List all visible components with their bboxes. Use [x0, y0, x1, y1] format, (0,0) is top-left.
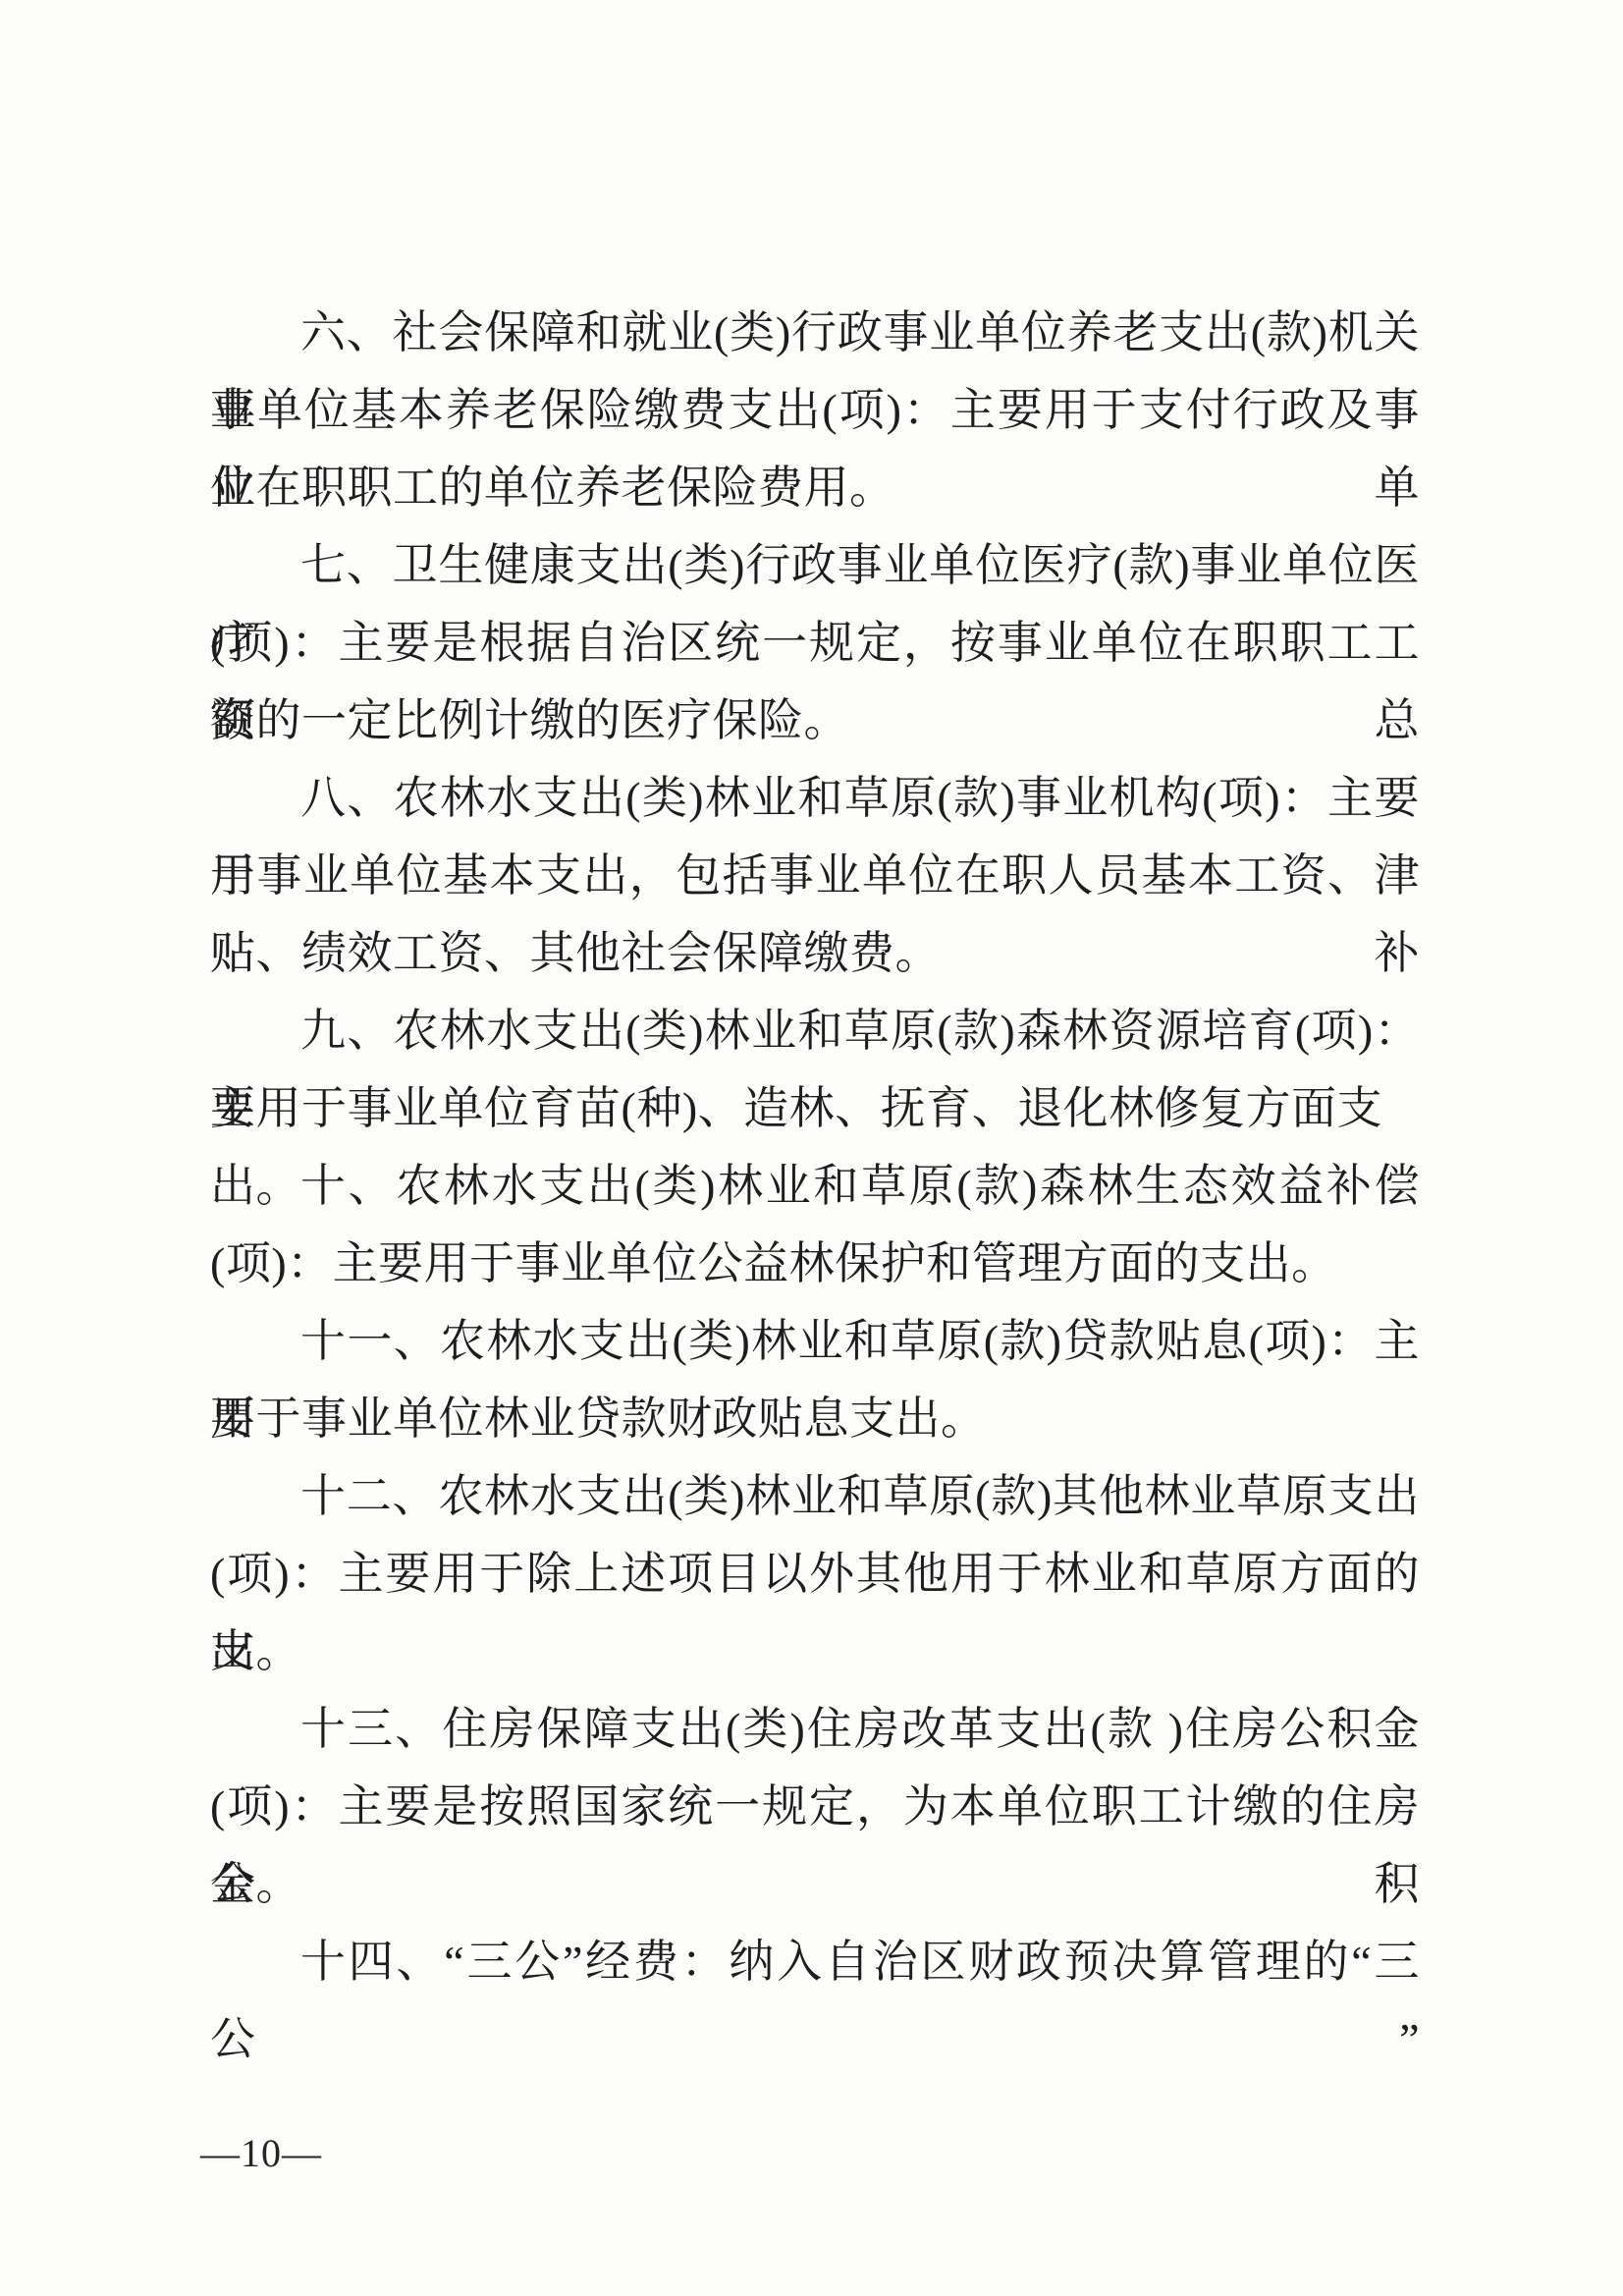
- document-page: 六、社会保障和就业(类)行政事业单位养老支出(款)机关事业单位基本养老保险缴费支…: [0, 0, 1623, 2296]
- text-line: (项)：主要用于事业单位公益林保护和管理方面的支出。: [210, 1225, 1420, 1302]
- paragraph: 十、农林水支出(类)林业和草原(款)森林生态效益补偿(项)：主要用于事业单位公益…: [210, 1147, 1420, 1302]
- paragraph: 六、社会保障和就业(类)行政事业单位养老支出(款)机关事业单位基本养老保险缴费支…: [210, 294, 1420, 526]
- text-line: (项)：主要是根据自治区统一规定，按事业单位在职职工工资总: [210, 604, 1420, 682]
- text-line: 九、农林水支出(类)林业和草原(款)森林资源培育(项)：主: [210, 992, 1420, 1069]
- paragraph: 十一、农林水支出(类)林业和草原(款)贷款贴息(项)：主要用于事业单位林业贷款财…: [210, 1302, 1420, 1457]
- text-line: 七、卫生健康支出(类)行政事业单位医疗(款)事业单位医疗: [210, 526, 1420, 604]
- paragraph: 十二、农林水支出(类)林业和草原(款)其他林业草原支出(项)：主要用于除上述项目…: [210, 1457, 1420, 1690]
- text-line: 于事业单位基本支出，包括事业单位在职人员基本工资、津贴补: [210, 837, 1420, 914]
- paragraph: 十三、住房保障支出(类)住房改革支出(款 )住房公积金(项)：主要是按照国家统一…: [210, 1690, 1420, 1923]
- text-line: (项)：主要用于除上述项目以外其他用于林业和草原方面的支: [210, 1535, 1420, 1613]
- document-body: 六、社会保障和就业(类)行政事业单位养老支出(款)机关事业单位基本养老保险缴费支…: [210, 294, 1420, 2000]
- text-line: 要用于事业单位育苗(种)、造林、抚育、退化林修复方面支出。: [210, 1069, 1420, 1147]
- text-line: 出。: [210, 1613, 1420, 1690]
- text-line: 十一、农林水支出(类)林业和草原(款)贷款贴息(项)：主要: [210, 1302, 1420, 1380]
- text-line: (项)：主要是按照国家统一规定，为本单位职工计缴的住房公积: [210, 1768, 1420, 1845]
- text-line: 八、农林水支出(类)林业和草原(款)事业机构(项)：主要用: [210, 759, 1420, 837]
- text-line: 用于事业单位林业贷款财政贴息支出。: [210, 1380, 1420, 1457]
- text-line: 十四、“三公”经费：纳入自治区财政预决算管理的“三公”: [210, 1923, 1420, 2000]
- page-number: —10—: [200, 2124, 322, 2183]
- paragraph: 八、农林水支出(类)林业和草原(款)事业机构(项)：主要用于事业单位基本支出，包…: [210, 759, 1420, 992]
- paragraph: 七、卫生健康支出(类)行政事业单位医疗(款)事业单位医疗(项)：主要是根据自治区…: [210, 526, 1420, 759]
- text-line: 六、社会保障和就业(类)行政事业单位养老支出(款)机关事: [210, 294, 1420, 371]
- text-line: 业单位基本养老保险缴费支出(项)：主要用于支付行政及事业单: [210, 371, 1420, 449]
- text-line: 十三、住房保障支出(类)住房改革支出(款 )住房公积金: [210, 1690, 1420, 1768]
- text-line: 十二、农林水支出(类)林业和草原(款)其他林业草原支出: [210, 1457, 1420, 1535]
- paragraph: 九、农林水支出(类)林业和草原(款)森林资源培育(项)：主要用于事业单位育苗(种…: [210, 992, 1420, 1147]
- paragraph: 十四、“三公”经费：纳入自治区财政预决算管理的“三公”: [210, 1923, 1420, 2000]
- text-line: 十、农林水支出(类)林业和草原(款)森林生态效益补偿: [210, 1147, 1420, 1225]
